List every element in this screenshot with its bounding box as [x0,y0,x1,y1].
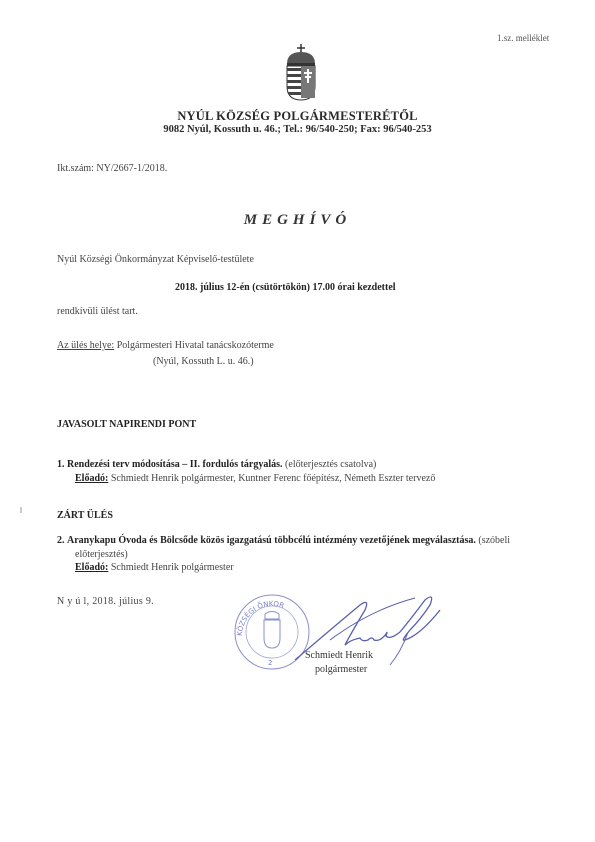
annex-label: 1.sz. melléklet [497,33,549,43]
agenda-item-number: 1. [57,459,65,470]
document-title: MEGHÍVÓ [0,212,595,229]
org-name: NYÚL KÖZSÉG POLGÁRMESTERÉTŐL [0,109,595,124]
closed-item-note: (szóbeli [476,535,510,546]
signer-title: polgármester [315,664,367,675]
closed-item-title: Aranykapu Óvoda és Bölcsőde közös igazga… [67,535,476,546]
agenda-item: 1. Rendezési terv módosítása – II. fordu… [57,459,376,470]
presenter-label: Előadó: [75,562,108,573]
closed-session-item: 2. Aranykapu Óvoda és Bölcsőde közös iga… [57,535,510,546]
agenda-item-title: Rendezési terv módosítása – II. fordulós… [67,459,283,470]
signer-name: Schmiedt Henrik [305,650,373,661]
venue-label: Az ülés helye: [57,340,114,351]
presenter-names: Schmiedt Henrik polgármester [108,562,233,573]
closed-item-presenter: Előadó: Schmiedt Henrik polgármester [75,562,234,573]
place-date: N y ú l, 2018. július 9. [57,596,154,607]
agenda-item-note: (előterjesztés csatolva) [283,459,377,470]
agenda-heading: JAVASOLT NAPIRENDI PONT [57,419,196,430]
coat-of-arms-icon [283,42,319,102]
reference-number: Ikt.szám: NY/2667-1/2018. [57,163,167,174]
presenter-names: Schmiedt Henrik polgármester, Kuntner Fe… [108,473,435,484]
closed-session-heading: ZÁRT ÜLÉS [57,510,113,521]
closed-item-number: 2. [57,535,65,546]
svg-text:2: 2 [268,659,272,667]
venue: Az ülés helye: Polgármesteri Hivatal tan… [57,340,274,351]
scan-speck [20,507,22,513]
closed-item-note-cont: előterjesztés) [75,549,128,560]
venue-address: (Nyúl, Kossuth L. u. 46.) [153,356,254,367]
meeting-datetime: 2018. július 12-én (csütörtökön) 17.00 ó… [175,282,396,293]
agenda-item-presenter: Előadó: Schmiedt Henrik polgármester, Ku… [75,473,435,484]
body-line-3: rendkívüli ülést tart. [57,306,138,317]
org-address: 9082 Nyúl, Kossuth u. 46.; Tel.: 96/540-… [0,124,595,135]
venue-name: Polgármesteri Hivatal tanácskozóterme [114,340,274,351]
body-line-1: Nyúl Községi Önkormányzat Képviselő-test… [57,254,254,265]
svg-text:KÖZSÉGI ÖNKOR: KÖZSÉGI ÖNKOR [235,600,285,636]
presenter-label: Előadó: [75,473,108,484]
